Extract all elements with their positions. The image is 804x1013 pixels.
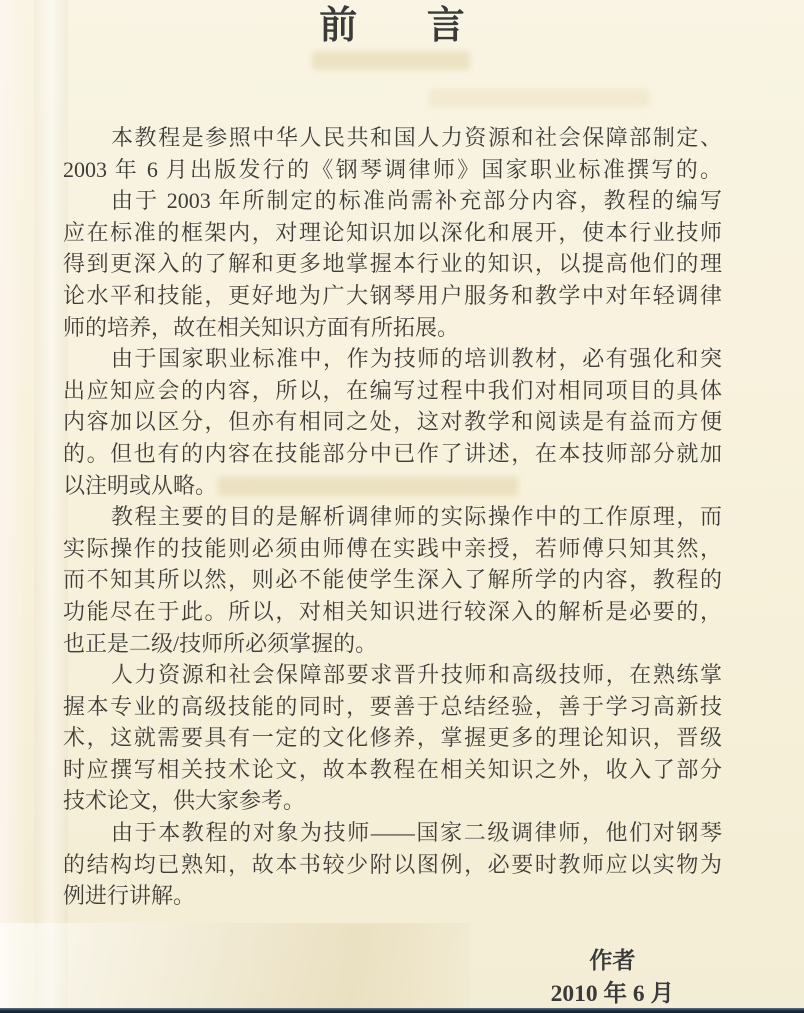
text-line: 术，这就需要具有一定的文化修养，掌握更多的理论知识，晋级: [63, 722, 722, 754]
text-line: 而不知其所以然，则必不能使学生深入了解所学的内容，教程的: [63, 564, 722, 596]
text-line: 的结构均已熟知，故本书较少附以图例，必要时教师应以实物为: [63, 849, 722, 881]
bottom-left-shading: [0, 923, 470, 1008]
text-line: 时应撰写相关技术论文，故本教程在相关知识之外，收入了部分: [63, 754, 722, 786]
signature-author: 作者: [551, 944, 674, 977]
text-line: 握本专业的高级技能的同时，要善于总结经验，善于学习高新技: [63, 691, 722, 723]
text-line: 应在标准的框架内，对理论知识加以深化和展开，使本行业技师: [63, 217, 722, 249]
text-line: 教程主要的目的是解析调律师的实际操作中的工作原理，而: [63, 501, 722, 533]
text-line: 实际操作的技能则必须由师傅在实践中亲授，若师傅只知其然，: [63, 533, 722, 565]
text-line: 本教程是参照中华人民共和国人力资源和社会保障部制定、: [63, 122, 722, 154]
text-line: 人力资源和社会保障部要求晋升技师和高级技师，在熟练掌: [63, 659, 722, 691]
bleedthrough-ghost: [312, 51, 470, 70]
text-line: 也正是二级/技师所必须掌握的。: [63, 628, 722, 660]
text-line: 出应知应会的内容，所以，在编写过程中我们对相同项目的具体: [63, 375, 722, 407]
text-line: 的。但也有的内容在技能部分中已作了讲述，在本技师部分就加: [63, 438, 722, 470]
text-line: 由于本教程的对象为技师——国家二级调律师，他们对钢琴: [63, 817, 722, 849]
signature-date: 2010 年 6 月: [551, 977, 674, 1011]
preface-body: 本教程是参照中华人民共和国人力资源和社会保障部制定、 2003 年 6 月出版发…: [63, 122, 722, 912]
text-line: 得到更深入的了解和更多地掌握本行业的知识，以提高他们的理: [63, 248, 722, 280]
signature-block: 作者 2010 年 6 月: [551, 944, 674, 1011]
text-line: 师的培养，故在相关知识方面有所拓展。: [63, 312, 722, 344]
left-edge-highlight: [0, 0, 26, 1013]
text-line: 功能尽在于此。所以，对相关知识进行较深入的解析是必要的，: [63, 596, 722, 628]
text-line: 论水平和技能，更好地为广大钢琴用户服务和教学中对年轻调律: [63, 280, 722, 312]
text-line: 例进行讲解。: [63, 880, 722, 912]
bleedthrough-ghost: [428, 89, 650, 107]
text-line: 由于 2003 年所制定的标准尚需补充部分内容，教程的编写: [63, 185, 722, 217]
text-line: 2003 年 6 月出版发行的《钢琴调律师》国家职业标准撰写的。: [63, 154, 722, 186]
text-line: 技术论文，供大家参考。: [63, 785, 722, 817]
text-line: 由于国家职业标准中，作为技师的培训教材，必有强化和突: [63, 343, 722, 375]
text-line: 内容加以区分，但亦有相同之处，这对教学和阅读是有益而方便: [63, 406, 722, 438]
text-line: 以注明或从略。: [63, 470, 722, 502]
scan-bottom-rule: [0, 1008, 804, 1013]
scanned-book-page: 前 言 本教程是参照中华人民共和国人力资源和社会保障部制定、 2003 年 6 …: [0, 0, 804, 1013]
page-title: 前 言: [63, 0, 722, 52]
